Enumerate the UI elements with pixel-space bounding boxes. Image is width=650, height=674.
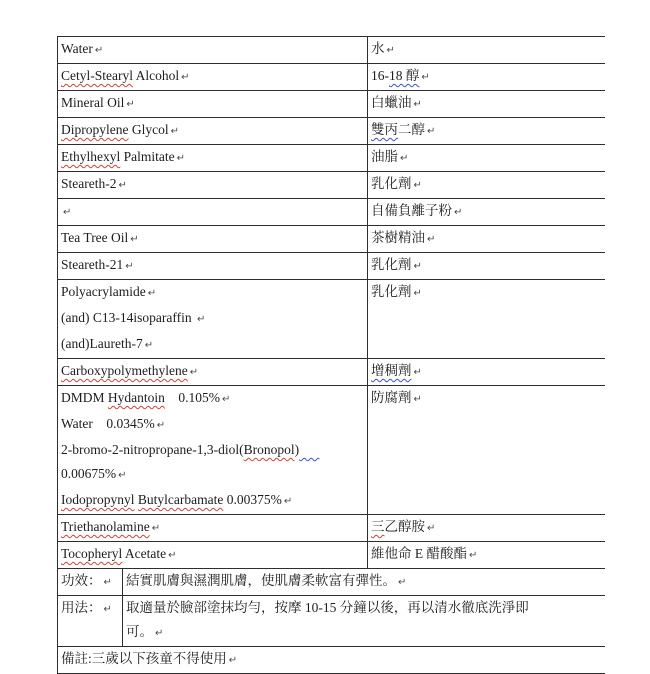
cell-end-mark: ↵ (104, 571, 112, 595)
ingredient-zh-text: 維他命 E 醋酸酯 (371, 546, 467, 561)
table-row: Polyacrylamide↵ (and) C13-14isoparaffin … (58, 280, 605, 359)
table-row: DMDM Hydantoin 0.105%↵ Water 0.0345%↵ 2-… (58, 386, 605, 515)
table-row-note: 備註:三歲以下孩童不得使用↵ (58, 647, 605, 674)
cell-end-mark: ↵ (398, 571, 406, 595)
ingredient-zh: 增稠劑↵ (368, 359, 605, 386)
ingredient-en: Cetyl-Stearyl Alcohol↵ (58, 64, 368, 91)
ingredient-en-text: Mineral Oil (61, 95, 124, 110)
ingredient-en: Mineral Oil↵ (58, 91, 368, 118)
ingredient-en-text: Palmitate (120, 149, 174, 164)
table-row: Mineral Oil↵ 白蠟油↵ (58, 91, 605, 118)
grammarcheck-word: 雙丙 (371, 122, 398, 137)
efficacy-label: 功效：↵ (58, 569, 123, 596)
directions-value: 可。 (126, 624, 153, 639)
ingredient-en-line: Polyacrylamide↵ (61, 280, 365, 306)
efficacy-text: 結實肌膚與濕潤肌膚，使肌膚柔軟富有彈性。↵ (123, 569, 605, 596)
line-break-mark: ↵ (222, 388, 230, 412)
efficacy-value: 結實肌膚與濕潤肌膚，使肌膚柔軟富有彈性。 (126, 573, 396, 588)
cell-end-mark: ↵ (152, 517, 160, 541)
ingredient-en: Carboxypolymethylene↵ (58, 359, 368, 386)
line-break-mark: ↵ (148, 282, 156, 306)
cell-end-mark: ↵ (126, 93, 134, 117)
spellcheck-word: Iodopropynyl (61, 492, 135, 507)
table-row: Carboxypolymethylene↵ 增稠劑↵ (58, 359, 605, 386)
ingredient-zh: 防腐劑↵ (368, 386, 605, 515)
table-row: Water↵ 水↵ (58, 37, 605, 64)
ingredient-zh-text: 乳化劑 (371, 176, 412, 191)
spellcheck-word: Bronopol (244, 442, 295, 457)
ingredient-zh: 白蠟油↵ (368, 91, 605, 118)
cell-end-mark: ↵ (181, 66, 189, 90)
cell-end-mark: ↵ (387, 39, 395, 63)
ingredient-en: Tocopheryl Acetate↵ (58, 542, 368, 569)
spellcheck-word: Cetyl-Stearyl (61, 68, 133, 83)
directions-line: 可。↵ (126, 620, 603, 646)
table-row: Tea Tree Oil↵ 茶樹精油↵ (58, 226, 605, 253)
cell-end-mark: ↵ (118, 174, 126, 198)
table-row-efficacy: 功效：↵ 結實肌膚與濕潤肌膚，使肌膚柔軟富有彈性。↵ (58, 569, 605, 596)
cell-end-mark: ↵ (104, 598, 112, 622)
ingredient-en-empty: ↵ (58, 199, 368, 226)
table-row: Steareth-21↵ 乳化劑↵ (58, 253, 605, 280)
ingredient-zh: 水↵ (368, 37, 605, 64)
table-row: Cetyl-Stearyl Alcohol↵ 16-18 醇↵ (58, 64, 605, 91)
grammarcheck-word: 增稠劑 (371, 363, 412, 378)
efficacy-label-text: 功效： (61, 573, 102, 588)
ingredient-zh-text: 乳化劑 (371, 284, 412, 299)
ingredient-zh: 維他命 E 醋酸酯↵ (368, 542, 605, 569)
cell-end-mark: ↵ (130, 228, 138, 252)
spellcheck-word: 三 (371, 519, 385, 534)
spellcheck-word: Tocopheryl (61, 546, 122, 561)
cell-end-mark: ↵ (414, 361, 422, 385)
ingredient-en: Ethylhexyl Palmitate↵ (58, 145, 368, 172)
ingredient-zh: 乳化劑↵ (368, 280, 605, 359)
table-row: Tocopheryl Acetate↵ 維他命 E 醋酸酯↵ (58, 542, 605, 569)
cell-end-mark: ↵ (427, 517, 435, 541)
ingredient-en-line: Water 0.0345%↵ (61, 412, 365, 438)
directions-label: 用法：↵ (58, 596, 123, 647)
ingredient-zh-text: 防腐劑 (371, 390, 412, 405)
ingredient-zh-text: 乙醇胺 (385, 519, 426, 534)
spellcheck-word: Carboxypolymethylene (61, 363, 188, 378)
ingredient-en-text: Water 0.0345% (61, 416, 155, 431)
ingredient-en-text: 0.00375% (223, 492, 282, 507)
cell-end-mark: ↵ (414, 282, 422, 306)
cell-end-mark: ↵ (469, 544, 477, 568)
cell-end-mark: ↵ (414, 174, 422, 198)
ingredient-en: Dipropylene Glycol↵ (58, 118, 368, 145)
note-text: 備註:三歲以下孩童不得使用 (61, 651, 227, 666)
ingredient-en: Steareth-2↵ (58, 172, 368, 199)
ingredient-en-line: (and)Laureth-7↵ (61, 332, 365, 358)
ingredient-en-text: 0.105% (165, 390, 220, 405)
ingredient-en: Water↵ (58, 37, 368, 64)
ingredient-en-text: (and)Laureth-7 (61, 336, 143, 351)
directions-text: 取適量於臉部塗抹均勻，按摩 10-15 分鐘以後，再以清水徹底洗淨即 可。↵ (123, 596, 605, 647)
ingredient-zh: 乳化劑↵ (368, 253, 605, 280)
table-row-directions: 用法：↵ 取適量於臉部塗抹均勻，按摩 10-15 分鐘以後，再以清水徹底洗淨即 … (58, 596, 605, 647)
table-row: Steareth-2↵ 乳化劑↵ (58, 172, 605, 199)
cell-end-mark: ↵ (421, 66, 429, 90)
cell-end-mark: ↵ (400, 147, 408, 171)
cell-end-mark: ↵ (95, 39, 103, 63)
ingredient-en-text: Water (61, 41, 93, 56)
cell-end-mark: ↵ (454, 201, 462, 225)
ingredient-en-multiline: Polyacrylamide↵ (and) C13-14isoparaffin … (58, 280, 368, 359)
line-break-mark: ↵ (118, 464, 126, 488)
ingredient-zh-text: 油脂 (371, 149, 398, 164)
ingredient-en-multiline: DMDM Hydantoin 0.105%↵ Water 0.0345%↵ 2-… (58, 386, 368, 515)
ingredient-en: Triethanolamine↵ (58, 515, 368, 542)
cell-end-mark: ↵ (171, 120, 179, 144)
table-row: ↵ 自備負離子粉↵ (58, 199, 605, 226)
ingredient-en-text: Tea Tree Oil (61, 230, 128, 245)
cell-end-mark: ↵ (414, 388, 422, 412)
ingredient-en-text: Polyacrylamide (61, 284, 146, 299)
cell-end-mark: ↵ (427, 120, 435, 144)
ingredient-zh-text: 二醇 (398, 122, 425, 137)
table-row: Ethylhexyl Palmitate↵ 油脂↵ (58, 145, 605, 172)
ingredient-zh: 自備負離子粉↵ (368, 199, 605, 226)
ingredient-zh-text: 16- (371, 68, 389, 83)
cell-end-mark: ↵ (155, 622, 163, 646)
ingredient-en-line: 0.00675%↵ (61, 462, 365, 488)
cell-end-mark: ↵ (177, 147, 185, 171)
ingredient-en-text: Steareth-21 (61, 257, 123, 272)
line-break-mark: ↵ (284, 490, 292, 514)
cell-end-mark: ↵ (414, 255, 422, 279)
ingredient-en-text: Alcohol (133, 68, 179, 83)
table-row: Dipropylene Glycol↵ 雙丙二醇↵ (58, 118, 605, 145)
ingredient-zh-text: 白蠟油 (371, 95, 412, 110)
ingredient-en-line: (and) C13-14isoparaffin ↵ (61, 306, 365, 332)
ingredient-zh-text: 自備負離子粉 (371, 203, 452, 218)
ingredient-document: Water↵ 水↵ Cetyl-Stearyl Alcohol↵ 16-18 醇… (57, 36, 604, 674)
directions-value: 取適量於臉部塗抹均勻，按摩 10-15 分鐘以後，再以清水徹底洗淨即 (126, 600, 529, 615)
directions-line: 取適量於臉部塗抹均勻，按摩 10-15 分鐘以後，再以清水徹底洗淨即 (126, 596, 603, 620)
line-break-mark: ↵ (157, 414, 165, 438)
spellcheck-word: Triethanolamine (61, 519, 150, 534)
ingredient-zh: 三乙醇胺↵ (368, 515, 605, 542)
ingredient-zh: 茶樹精油↵ (368, 226, 605, 253)
grammarcheck-trail (299, 442, 319, 457)
ingredient-zh-text: 茶樹精油 (371, 230, 425, 245)
ingredient-en: Tea Tree Oil↵ (58, 226, 368, 253)
ingredient-en-line: DMDM Hydantoin 0.105%↵ (61, 386, 365, 412)
ingredient-zh-text: 乳化劑 (371, 257, 412, 272)
table-row: Triethanolamine↵ 三乙醇胺↵ (58, 515, 605, 542)
ingredient-zh: 16-18 醇↵ (368, 64, 605, 91)
cell-end-mark: ↵ (63, 201, 71, 225)
cell-end-mark: ↵ (125, 255, 133, 279)
spellcheck-word: Butylcarbamate (138, 492, 223, 507)
grammarcheck-word: 18 醇 (389, 68, 419, 83)
ingredient-zh: 油脂↵ (368, 145, 605, 172)
spellcheck-word: Hydantoin (108, 390, 165, 405)
ingredient-zh-text: 水 (371, 41, 385, 56)
spellcheck-word: Dipropylene (61, 122, 128, 137)
note-cell: 備註:三歲以下孩童不得使用↵ (58, 647, 605, 674)
ingredient-en-text: Steareth-2 (61, 176, 116, 191)
ingredient-en-text: (and) C13-14isoparaffin (61, 310, 195, 325)
ingredient-en-text: 2-bromo-2-nitropropane-1,3-diol( (61, 442, 244, 457)
ingredient-zh: 雙丙二醇↵ (368, 118, 605, 145)
directions-label-text: 用法： (61, 600, 102, 615)
ingredient-en-text: 0.00675% (61, 466, 116, 481)
ingredient-en-line: Iodopropynyl Butylcarbamate 0.00375%↵ (61, 488, 365, 514)
spellcheck-word: Ethylhexyl (61, 149, 120, 164)
ingredient-zh: 乳化劑↵ (368, 172, 605, 199)
ingredient-en-text: Glycol (128, 122, 168, 137)
line-break-mark: ↵ (197, 308, 205, 332)
ingredient-en-text: DMDM (61, 390, 108, 405)
cell-end-mark: ↵ (190, 361, 198, 385)
line-break-mark: ↵ (145, 334, 153, 358)
ingredient-en-line: 2-bromo-2-nitropropane-1,3-diol(Bronopol… (61, 438, 365, 462)
cell-end-mark: ↵ (229, 649, 237, 673)
ingredient-en-text: Acetate (122, 546, 166, 561)
ingredients-table: Water↵ 水↵ Cetyl-Stearyl Alcohol↵ 16-18 醇… (57, 36, 605, 674)
cell-end-mark: ↵ (414, 93, 422, 117)
cell-end-mark: ↵ (168, 544, 176, 568)
cell-end-mark: ↵ (427, 228, 435, 252)
ingredient-en: Steareth-21↵ (58, 253, 368, 280)
